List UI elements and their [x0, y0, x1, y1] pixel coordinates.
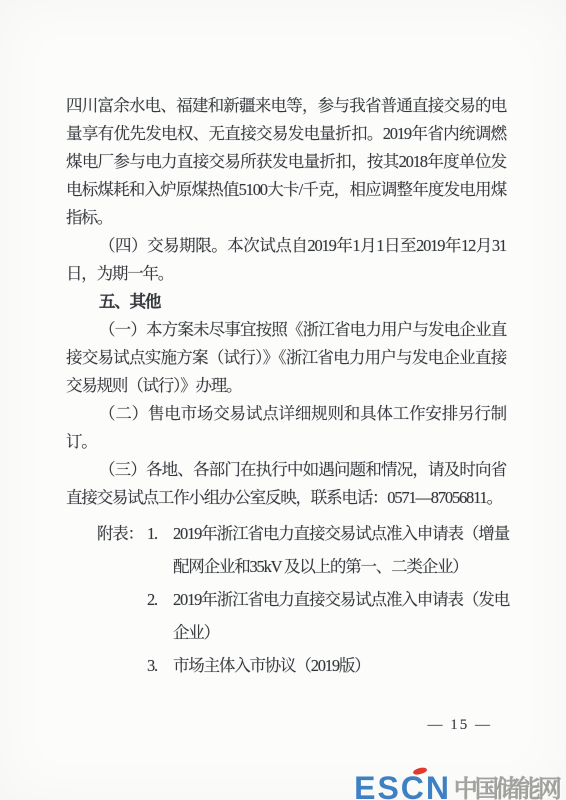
paragraph-continuation: 四川富余水电、福建和新疆来电等，参与我省普通直接交易的电量享有优先发电权、无直接… — [66, 92, 506, 232]
attachment-item-text: 2019年浙江省电力直接交易试点准入申请表（发电企业） — [173, 583, 509, 649]
attachment-item-text: 2019年浙江省电力直接交易试点准入申请表（增量配网企业和35kV 及以上的第一… — [173, 517, 509, 583]
paragraph-item-5-3: （三）各地、各部门在执行中如遇问题和情况，请及时向省直接交易试点工作小组办公室反… — [66, 456, 506, 512]
section-heading-5: 五、其他 — [66, 288, 506, 316]
paragraph-item-4: （四）交易期限。本次试点自2019年1月1日至2019年12月31日，为期一年。 — [66, 232, 506, 288]
attachment-item-number: 1. — [147, 517, 173, 550]
document-page: 四川富余水电、福建和新疆来电等，参与我省普通直接交易的电量享有优先发电权、无直接… — [0, 0, 566, 800]
document-body: 四川富余水电、福建和新疆来电等，参与我省普通直接交易的电量享有优先发电权、无直接… — [66, 92, 506, 512]
attachment-label: 附表： — [97, 517, 147, 550]
attachment-item-3: 3. 市场主体入市协议（2019版） — [147, 649, 509, 682]
attachment-item-1: 1. 2019年浙江省电力直接交易试点准入申请表（增量配网企业和35kV 及以上… — [147, 517, 509, 583]
escn-logo-text: ESCN — [354, 771, 451, 800]
attachment-item-number: 2. — [147, 583, 173, 616]
attachment-item-text: 市场主体入市协议（2019版） — [173, 649, 509, 682]
paragraph-item-5-2: （二）售电市场交易试点详细规则和具体工作安排另行制订。 — [66, 400, 506, 456]
attachment-list: 附表： 1. 2019年浙江省电力直接交易试点准入申请表（增量配网企业和35kV… — [97, 517, 509, 682]
attachment-items: 1. 2019年浙江省电力直接交易试点准入申请表（增量配网企业和35kV 及以上… — [147, 517, 509, 682]
paragraph-item-5-1: （一）本方案未尽事宜按照《浙江省电力用户与发电企业直接交易试点实施方案（试行）》… — [66, 316, 506, 400]
watermark-site-name: 中国储能网 — [454, 775, 559, 800]
escn-logo-accent-icon — [413, 766, 428, 775]
page-number: — 15 — — [428, 716, 493, 734]
watermark-logo: ESCN 中国储能网 — [354, 771, 559, 800]
attachment-item-number: 3. — [147, 649, 173, 682]
attachment-item-2: 2. 2019年浙江省电力直接交易试点准入申请表（发电企业） — [147, 583, 509, 649]
